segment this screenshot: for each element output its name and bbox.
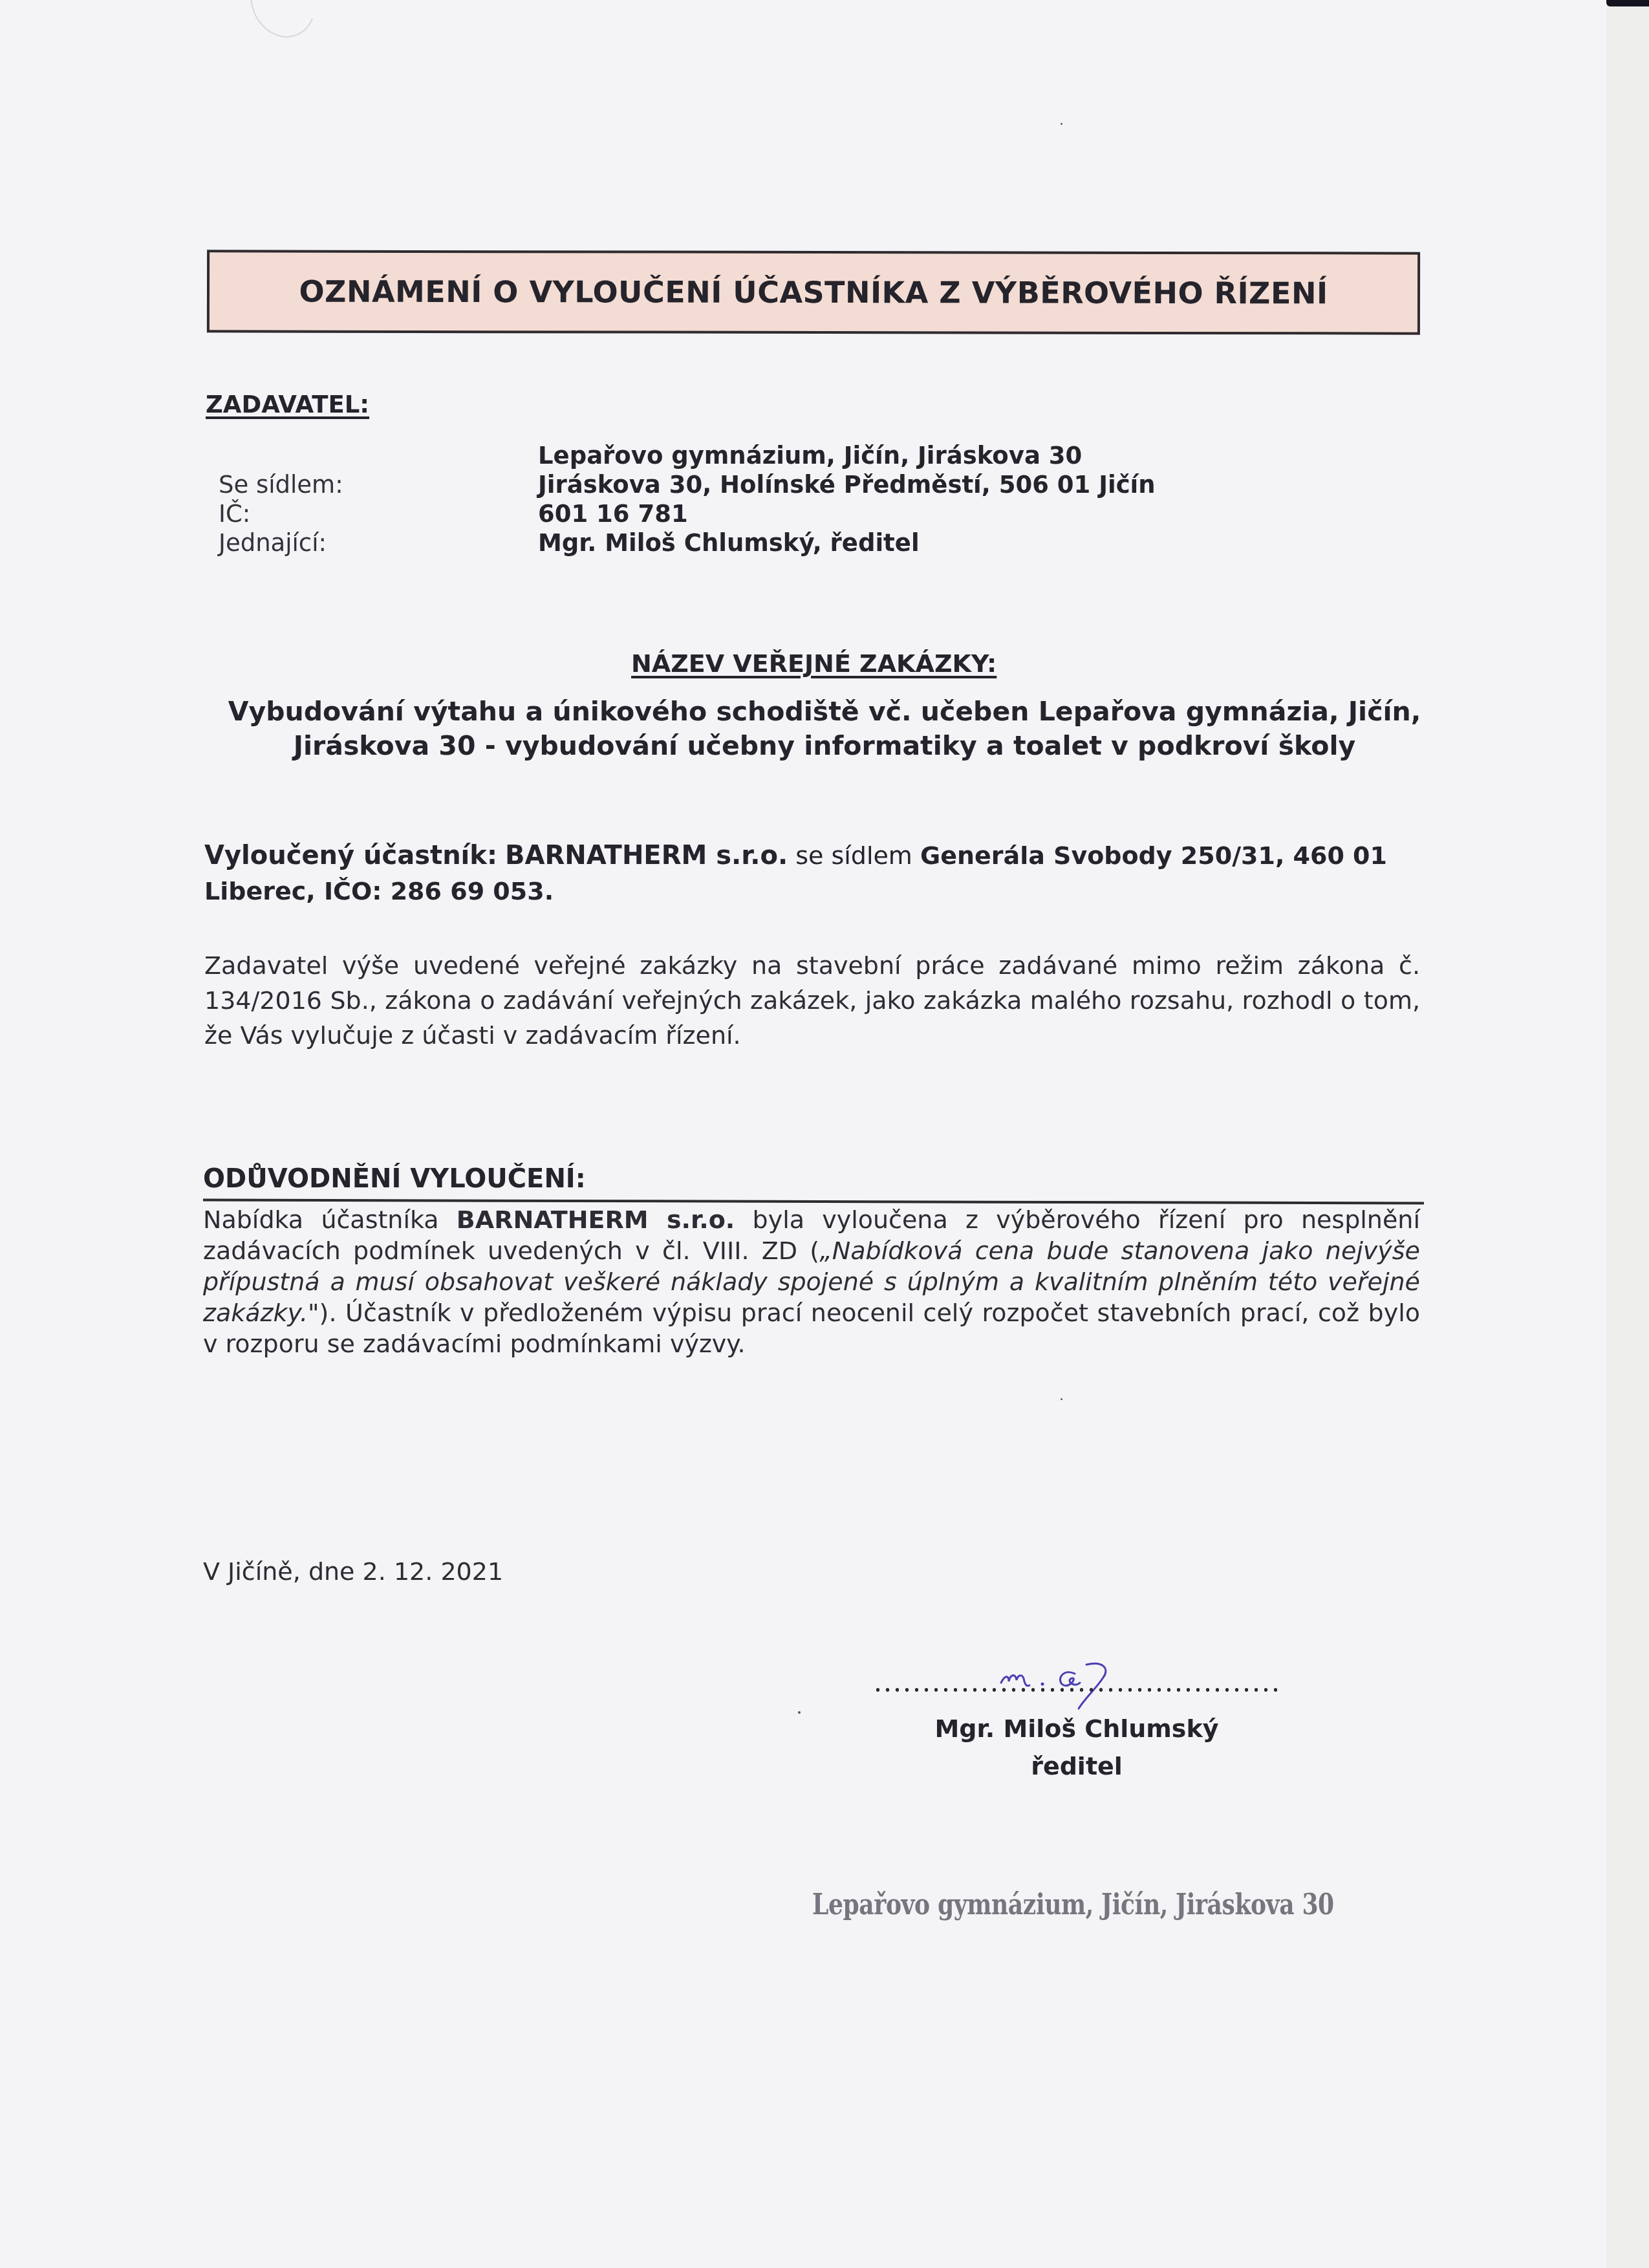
signatory: Mgr. Miloš Chlumský ředitel [873, 1710, 1280, 1785]
justification-intro: Nabídka účastníka [203, 1205, 439, 1234]
document-title-box: OZNÁMENÍ O VYLOUČENÍ ÚČASTNÍKA Z VÝBĚROV… [207, 250, 1420, 334]
justification-company: BARNATHERM s.r.o. [457, 1205, 735, 1234]
school-stamp: Lepařovo gymnázium, Jičín, Jiráskova 30 [812, 1888, 1334, 1921]
field-label: Se sídlem: [219, 470, 538, 499]
scan-border-corner [1606, 0, 1649, 6]
field-label: Jednající: [219, 528, 538, 557]
field-value: 601 16 781 [538, 499, 688, 528]
signatory-role: ředitel [873, 1747, 1280, 1785]
authority-name-label [219, 441, 538, 470]
document-title: OZNÁMENÍ O VYLOUČENÍ ÚČASTNÍKA Z VÝBĚROV… [299, 274, 1328, 311]
scan-border-right [1606, 0, 1649, 2268]
scan-speck [1061, 123, 1062, 125]
decision-paragraph: Zadavatel výše uvedené veřejné zakázky n… [204, 948, 1420, 1053]
excluded-address-line-2: Liberec, IČO: 286 69 053. [204, 877, 554, 905]
authority-name-row: Lepařovo gymnázium, Jičín, Jiráskova 30 [219, 441, 1156, 470]
contracting-authority-details: Lepařovo gymnázium, Jičín, Jiráskova 30 … [219, 441, 1156, 557]
authority-name: Lepařovo gymnázium, Jičín, Jiráskova 30 [538, 441, 1082, 470]
excluded-label: Vyloučený účastník: [204, 841, 497, 870]
contract-name-heading: NÁZEV VEŘEJNÉ ZAKÁZKY: [631, 649, 997, 678]
seat-prefix: se sídlem [795, 841, 912, 870]
justification-heading: ODŮVODNĚNÍ VYLOUČENÍ: [203, 1164, 586, 1194]
field-label: IČ: [219, 499, 538, 528]
contract-name-line-1: Vybudování výtahu a únikového schodiště … [194, 695, 1455, 729]
authority-id-row: IČ: 601 16 781 [219, 499, 1156, 528]
scan-speck [798, 1711, 801, 1714]
excluded-company: BARNATHERM s.r.o. [505, 841, 788, 870]
excluded-participant: Vyloučený účastník: BARNATHERM s.r.o. se… [204, 838, 1427, 909]
signatory-name: Mgr. Miloš Chlumský [873, 1710, 1280, 1747]
justification-text: Nabídka účastníka BARNATHERM s.r.o. byla… [203, 1204, 1420, 1359]
contracting-authority-heading: ZADAVATEL: [206, 391, 369, 418]
field-value: Mgr. Miloš Chlumský, ředitel [538, 528, 920, 557]
scan-speck [1061, 1398, 1062, 1400]
contract-name: Vybudování výtahu a únikového schodiště … [194, 695, 1455, 763]
place-and-date: V Jičíně, dne 2. 12. 2021 [203, 1557, 503, 1586]
contract-name-line-2: Jiráskova 30 - vybudování učebny informa… [194, 729, 1455, 763]
paper-mark [240, 0, 327, 47]
signature-line [873, 1688, 1280, 1692]
authority-seat-row: Se sídlem: Jiráskova 30, Holínské Předmě… [219, 470, 1156, 499]
excluded-address-line-1: Generála Svobody 250/31, 460 01 [920, 841, 1387, 870]
authority-representative-row: Jednající: Mgr. Miloš Chlumský, ředitel [219, 528, 1156, 557]
justification-conclusion: ). Účastník v předloženém výpisu prací n… [203, 1299, 1420, 1358]
field-value: Jiráskova 30, Holínské Předměstí, 506 01… [538, 470, 1156, 499]
